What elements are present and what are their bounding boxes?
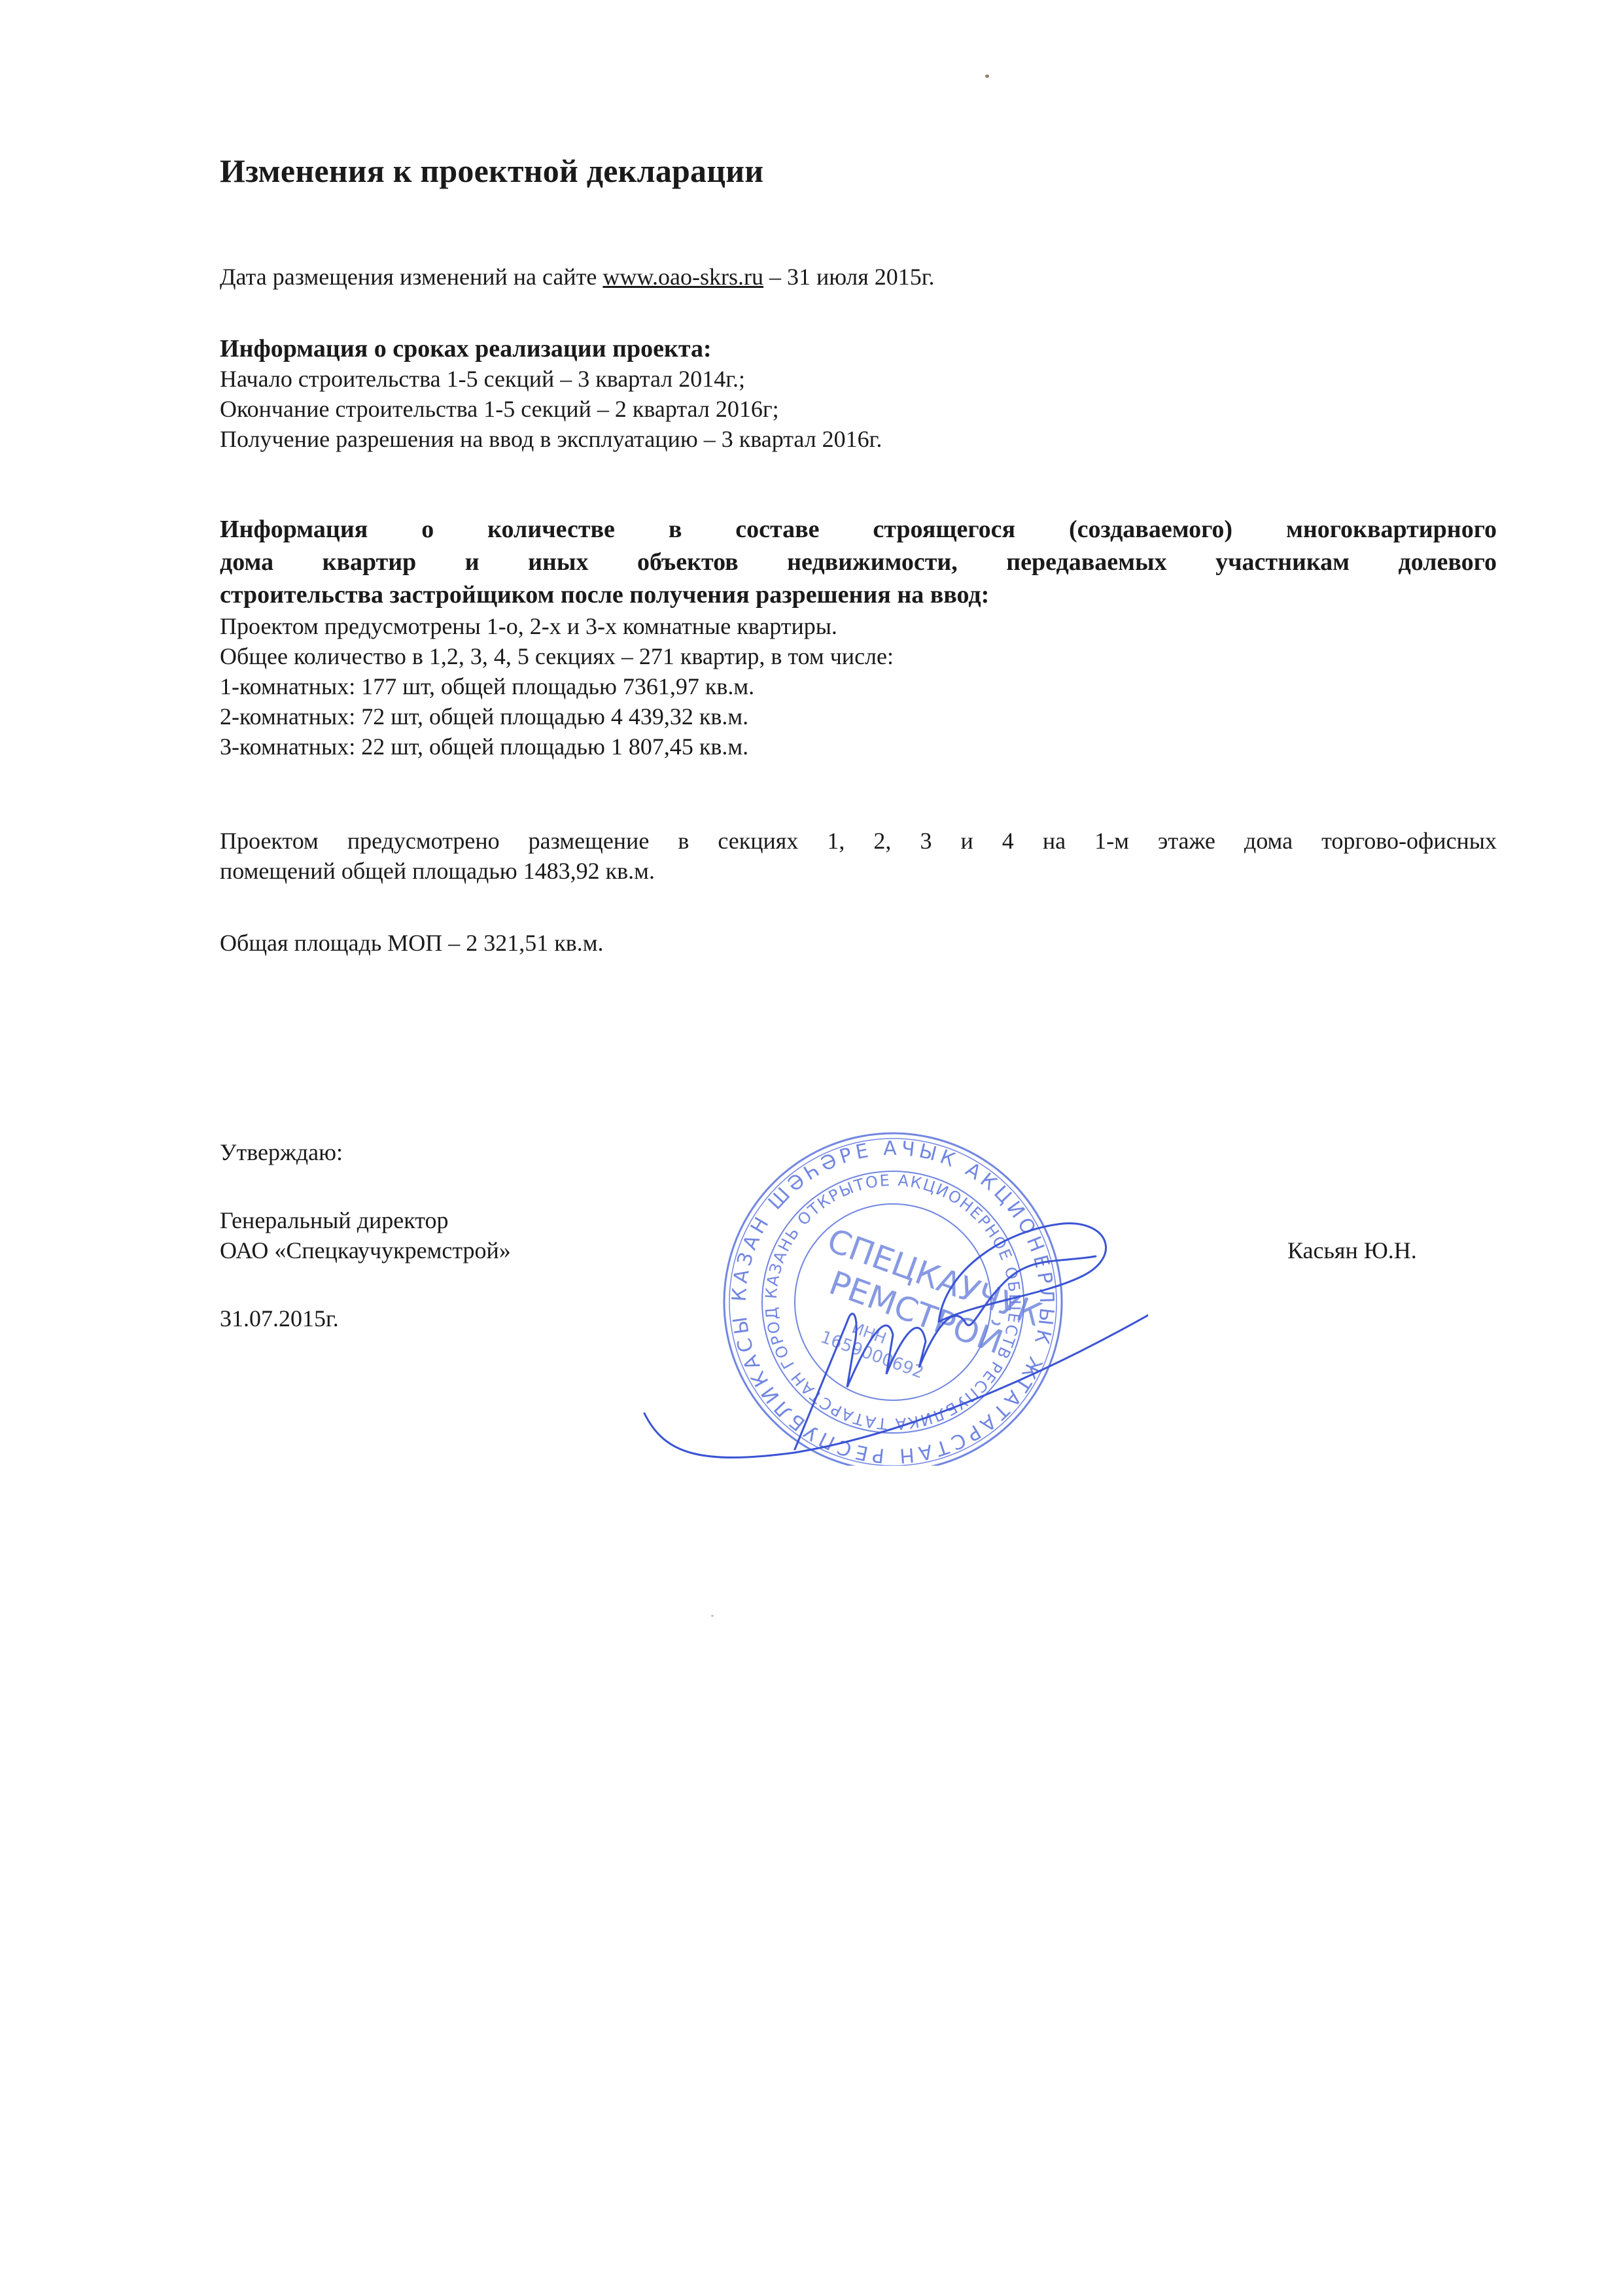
- website-link[interactable]: www.oao-skrs.ru: [602, 264, 763, 290]
- signatory-name: Касьян Ю.Н.: [1287, 1235, 1417, 1265]
- publication-suffix: – 31 июля 2015г.: [763, 264, 935, 290]
- approval-date: 31.07.2015г.: [220, 1303, 339, 1333]
- timeline-section: Информация о сроках реализации проекта: …: [220, 334, 1497, 454]
- apartment-1room: 1-комнатных: 177 шт, общей площадью 7361…: [220, 671, 1497, 701]
- timeline-permit: Получение разрешения на ввод в эксплуата…: [220, 424, 1497, 454]
- timeline-start: Начало строительства 1-5 секций – 3 квар…: [220, 364, 1497, 394]
- apartment-3room: 3-комнатных: 22 шт, общей площадью 1 807…: [220, 732, 1497, 762]
- company-name: ОАО «Спецкаучукремстрой»: [220, 1235, 511, 1265]
- apartment-types: Проектом предусмотрены 1-о, 2-х и 3-х ко…: [220, 611, 1497, 641]
- publication-prefix: Дата размещения изменений на сайте: [220, 264, 602, 290]
- apartments-heading-1: Информация о количестве в составе строящ…: [220, 513, 1497, 546]
- common-area-line: Общая площадь МОП – 2 321,51 кв.м.: [220, 928, 604, 958]
- apartments-section: Информация о количестве в составе строящ…: [220, 513, 1497, 762]
- commercial-line-2: помещений общей площадью 1483,92 кв.м.: [220, 856, 1497, 886]
- apartments-heading-3: строительства застройщиком после получен…: [220, 578, 1497, 611]
- apartment-2room: 2-комнатных: 72 шт, общей площадью 4 439…: [220, 701, 1497, 732]
- apartment-total: Общее количество в 1,2, 3, 4, 5 секциях …: [220, 641, 1497, 671]
- timeline-end: Окончание строительства 1-5 секций – 2 к…: [220, 394, 1497, 424]
- approve-label: Утверждаю:: [220, 1137, 343, 1167]
- document-title: Изменения к проектной декларации: [220, 152, 763, 190]
- timeline-heading: Информация о сроках реализации проекта:: [220, 334, 1497, 364]
- commercial-line-1: Проектом предусмотрено размещение в секц…: [220, 826, 1497, 856]
- publication-date-line: Дата размещения изменений на сайте www.o…: [220, 262, 935, 292]
- scan-speck: [711, 1615, 714, 1617]
- scan-speck: [985, 75, 989, 78]
- apartments-heading-2: дома квартир и иных объектов недвижимост…: [220, 546, 1497, 578]
- company-stamp: ТАТАРСТАН РЕСПУБЛИКАСЫ КАЗАН ШӘҺӘРЕ АЧЫК…: [638, 1125, 1148, 1466]
- director-position: Генеральный директор: [220, 1205, 449, 1235]
- commercial-section: Проектом предусмотрено размещение в секц…: [220, 826, 1497, 886]
